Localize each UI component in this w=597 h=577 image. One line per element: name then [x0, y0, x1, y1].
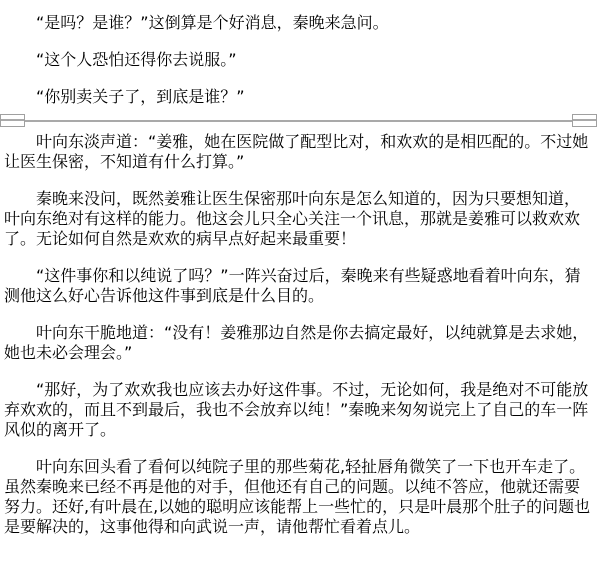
page-1-text-block: “是吗？是谁？”这倒算是个好消息，秦晚来急问。“这个人恐怕还得你去说服。”“你别…	[4, 13, 593, 107]
paragraph: “是吗？是谁？”这倒算是个好消息，秦晚来急问。	[4, 13, 593, 33]
paragraph: 叶向东淡声道：“姜雅，她在医院做了配型比对，和欢欢的是相匹配的。不过她让医生保密…	[4, 132, 593, 172]
paragraph: “这个人恐怕还得你去说服。”	[4, 50, 593, 70]
page-break-line	[0, 120, 597, 122]
paragraph: 叶向东干脆地道：“没有！姜雅那边自然是你去搞定最好，以纯就算是去求她，她也未必会…	[4, 323, 593, 363]
paragraph: 秦晚来没问，既然姜雅让医生保密那叶向东是怎么知道的，因为只要想知道，叶向东绝对有…	[4, 189, 593, 249]
page-break-marker-mid-line	[573, 119, 596, 121]
page-break-marker-right	[572, 114, 597, 127]
paragraph: 叶向东回头看了看何以纯院子里的那些菊花,轻扯唇角微笑了一下也开车走了。虽然秦晚来…	[4, 457, 593, 537]
page-break-marker-mid-line	[1, 119, 24, 121]
page-break-marker-left	[0, 114, 25, 127]
document-page: “是吗？是谁？”这倒算是个好消息，秦晚来急问。“这个人恐怕还得你去说服。”“你别…	[0, 0, 597, 537]
page-2-text-block: 叶向东淡声道：“姜雅，她在医院做了配型比对，和欢欢的是相匹配的。不过她让医生保密…	[4, 132, 593, 537]
paragraph: “这件事你和以纯说了吗？”一阵兴奋过后，秦晚来有些疑惑地看着叶向东，猜测他这么好…	[4, 266, 593, 306]
paragraph: “你别卖关子了，到底是谁？”	[4, 87, 593, 107]
paragraph: “那好，为了欢欢我也应该去办好这件事。不过，无论如何，我是绝对不可能放弃欢欢的，…	[4, 380, 593, 440]
